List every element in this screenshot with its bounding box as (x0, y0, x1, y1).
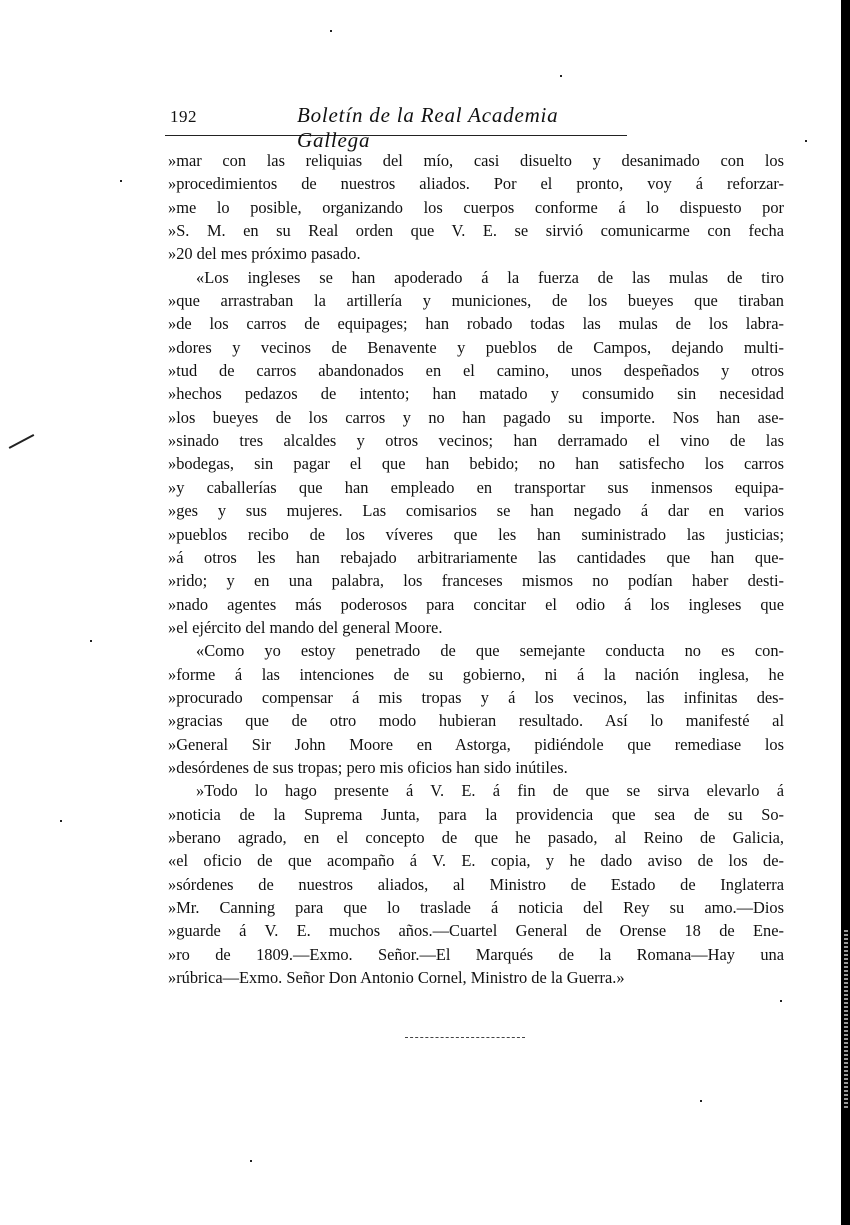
text-line: »el ejército del mando del general Moore… (168, 616, 784, 639)
scan-speck (60, 820, 62, 822)
text-line: »Todo lo hago presente á V. E. á fin de … (168, 779, 784, 802)
scan-speck (780, 1000, 782, 1002)
text-line: »rúbrica—Exmo. Señor Don Antonio Cornel,… (168, 966, 784, 989)
scan-speck (120, 180, 122, 182)
text-line: »noticia de la Suprema Junta, para la pr… (168, 803, 784, 826)
text-line: »forme á las intenciones de su gobierno,… (168, 663, 784, 686)
text-line: »que arrastraban la artillería y municio… (168, 289, 784, 312)
text-line: »ges y sus mujeres. Las comisarios se ha… (168, 499, 784, 522)
text-line: »me lo posible, organizando los cuerpos … (168, 196, 784, 219)
text-line: »rido; y en una palabra, los franceses m… (168, 569, 784, 592)
text-line: »Mr. Canning para que lo traslade á noti… (168, 896, 784, 919)
text-line: »berano agrado, en el concepto de que he… (168, 826, 784, 849)
text-line: »hechos pedazos de intento; han matado y… (168, 382, 784, 405)
text-line: »sórdenes de nuestros aliados, al Minist… (168, 873, 784, 896)
text-line: »nado agentes más poderosos para concita… (168, 593, 784, 616)
page-number: 192 (170, 107, 197, 127)
text-line: »gracias que de otro modo hubieran resul… (168, 709, 784, 732)
page-header: 192 Boletín de la Real Academia Gallega (165, 101, 627, 136)
scan-speck (805, 140, 807, 142)
body-text: »mar con las reliquias del mío, casi dis… (168, 149, 784, 989)
text-line: »procurado compensar á mis tropas y á lo… (168, 686, 784, 709)
running-head: Boletín de la Real Academia Gallega (297, 103, 627, 153)
text-line: »los bueyes de los carros y no han pagad… (168, 406, 784, 429)
text-line: »mar con las reliquias del mío, casi dis… (168, 149, 784, 172)
text-line: »pueblos recibo de los víveres que les h… (168, 523, 784, 546)
text-line: »á otros les han rebajado arbitrariament… (168, 546, 784, 569)
scanned-page-edge (841, 0, 850, 1225)
text-line: »de los carros de equipages; han robado … (168, 312, 784, 335)
text-line: »20 del mes próximo pasado. (168, 242, 784, 265)
text-line: «el oficio de que acompaño á V. E. copia… (168, 849, 784, 872)
text-line: »ro de 1809.—Exmo. Señor.—El Marqués de … (168, 943, 784, 966)
scan-speck (330, 30, 332, 32)
end-ornament-rule (405, 1037, 525, 1038)
scan-speck (90, 640, 92, 642)
text-line: »y caballerías que han empleado en trans… (168, 476, 784, 499)
scan-speck (700, 1100, 702, 1102)
scan-speck (560, 75, 562, 77)
text-line: »guarde á V. E. muchos años.—Cuartel Gen… (168, 919, 784, 942)
text-line: »S. M. en su Real orden que V. E. se sir… (168, 219, 784, 242)
text-line: »desórdenes de sus tropas; pero mis ofic… (168, 756, 784, 779)
text-line: »procedimientos de nuestros aliados. Por… (168, 172, 784, 195)
scan-speck (250, 1160, 252, 1162)
text-line: »bodegas, sin pagar el que han bebido; n… (168, 452, 784, 475)
text-line: »dores y vecinos de Benavente y pueblos … (168, 336, 784, 359)
margin-pen-mark (9, 434, 34, 448)
text-line: «Los ingleses se han apoderado á la fuer… (168, 266, 784, 289)
text-line: »tud de carros abandonados en el camino,… (168, 359, 784, 382)
text-line: »General Sir John Moore en Astorga, pidi… (168, 733, 784, 756)
text-line: »sinado tres alcaldes y otros vecinos; h… (168, 429, 784, 452)
text-line: «Como yo estoy penetrado de que semejant… (168, 639, 784, 662)
page-edge-texture (844, 930, 848, 1110)
